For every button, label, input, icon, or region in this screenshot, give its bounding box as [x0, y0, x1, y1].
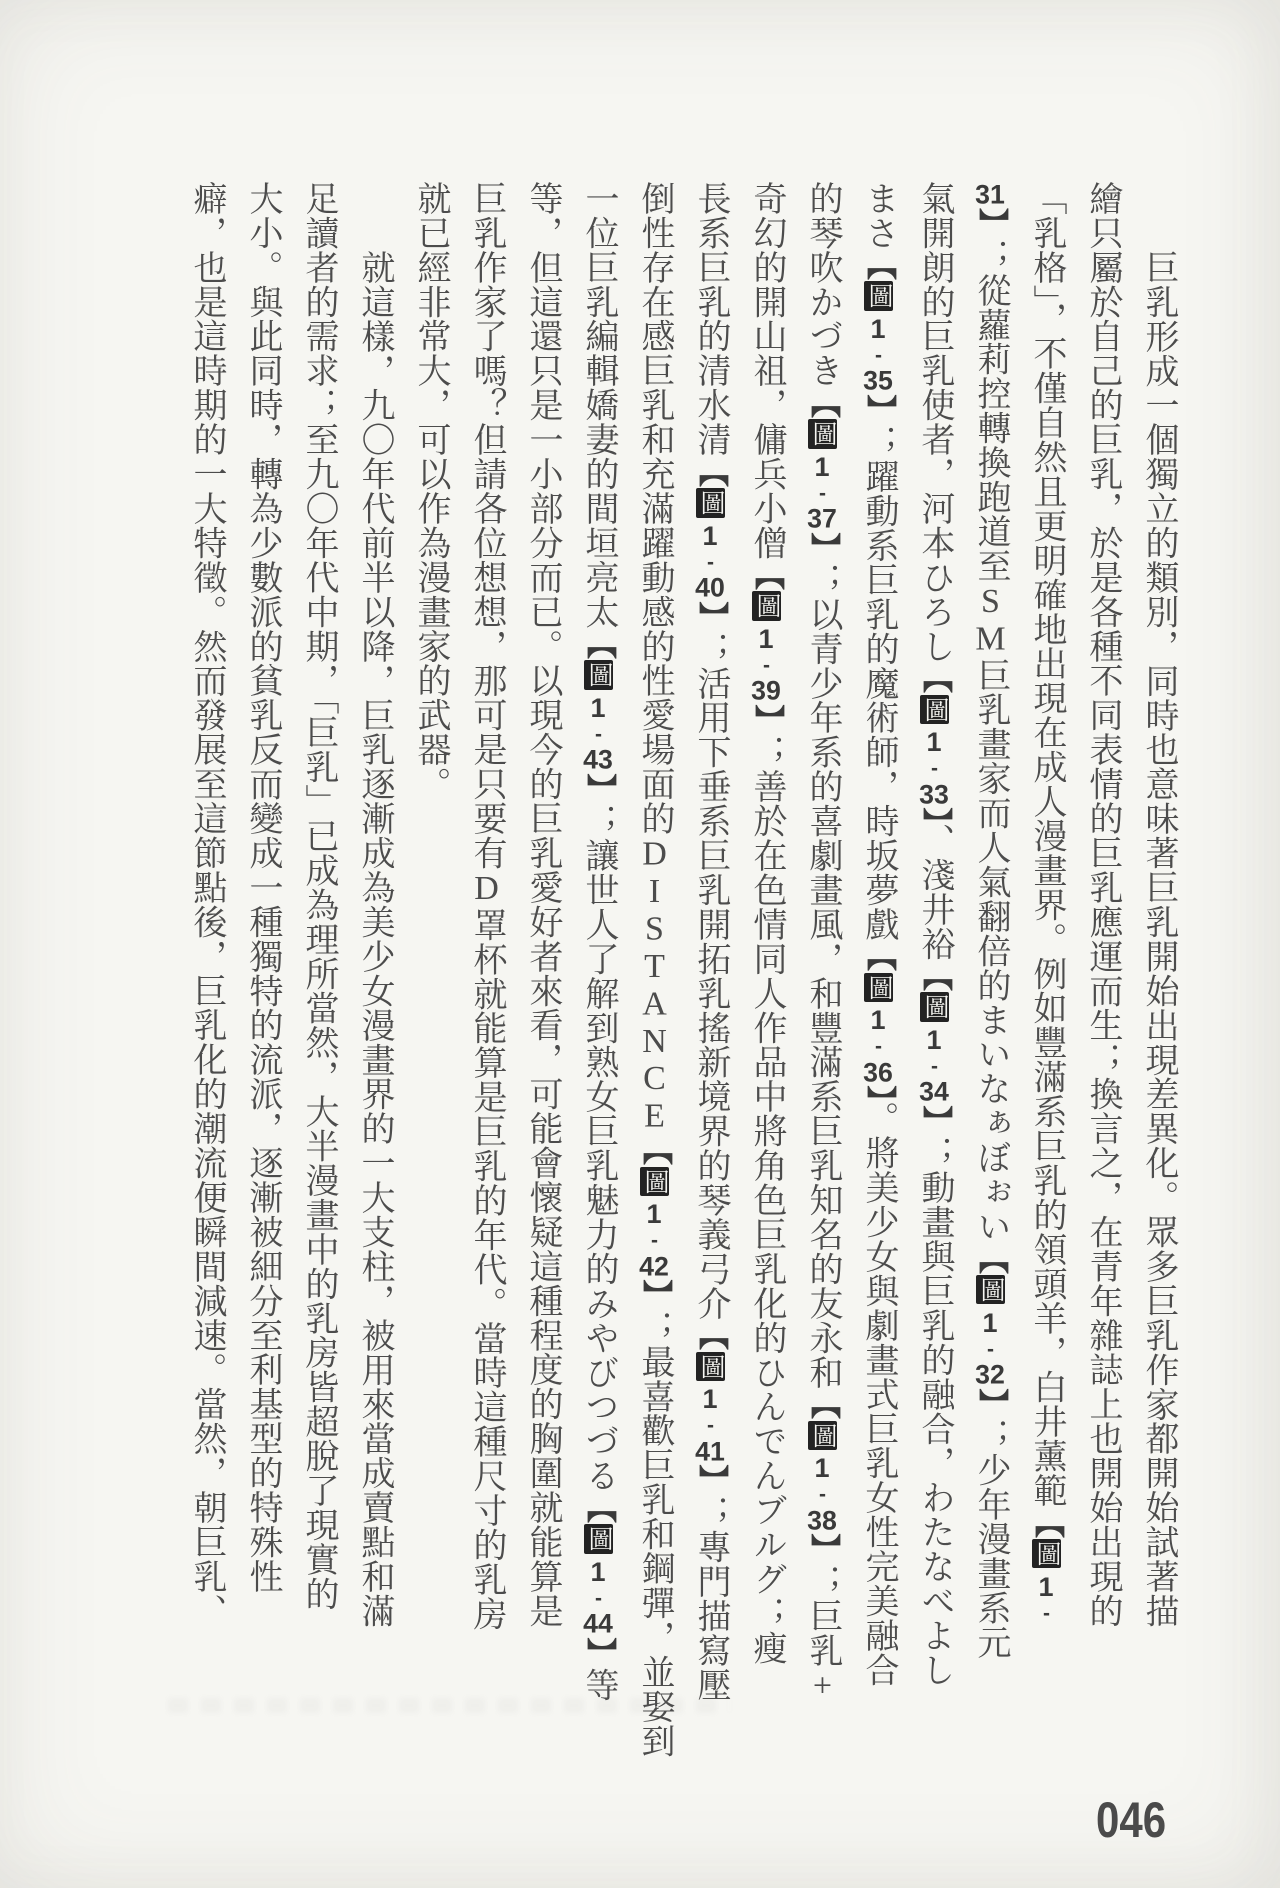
text-run: 足讀者的需求；至九〇年代中期，「巨乳」已成為理所當然，大半漫畫中的乳房皆超脫了現… — [300, 181, 337, 1611]
figure-ref-close-bracket: 】 — [582, 1637, 615, 1667]
figure-box-icon: 圖 — [920, 695, 950, 724]
figure-ref-open-bracket: 【 — [862, 941, 895, 971]
figure-ref-open-bracket: 【 — [862, 250, 895, 280]
figure-ref-chapter-digit: 1 — [639, 1199, 669, 1229]
text-run: ；讓世人了解到熟女巨乳魅力的みやびつづる — [580, 804, 617, 1493]
figure-ref-close-bracket: 】 — [638, 1280, 671, 1310]
figure-ref-chapter-digit: 1 — [583, 693, 613, 723]
text-run: 奇幻的開山祖，傭兵小僧 — [748, 181, 785, 560]
figure-ref-chapter-digit: 1 — [807, 1453, 837, 1483]
figure-ref-number: 43 — [583, 746, 613, 773]
text-column-9: 長系巨乳的清水清【圖1-40】；活用下垂系巨乳開拓乳搖新境界的琴義弓介【圖1-4… — [682, 181, 738, 1637]
text-block: 巨乳形成一個獨立的類別，同時也意味著巨乳開始出現差異化。眾多巨乳作家都開始試著描… — [178, 181, 1186, 1637]
figure-ref-dash: - — [643, 1229, 666, 1252]
figure-ref-open-bracket: 【 — [806, 388, 839, 418]
text-run: ；活用下垂系巨乳開拓乳搖新境界的琴義弓介 — [692, 631, 729, 1320]
figure-box-icon: 圖 — [976, 1275, 1006, 1304]
figure-ref-open-bracket: 【 — [582, 629, 615, 659]
text-run: ；巨乳+ — [804, 1564, 841, 1705]
text-run: 大小。與此同時，轉為少數派的貧乳反而變成一種獨特的流派，逐漸被細分至利基型的特殊… — [244, 181, 281, 1593]
text-column-15: 就這樣，九〇年代前半以降，巨乳逐漸成為美少女漫畫界的一大支柱，被用來當成賣點和滿 — [346, 181, 402, 1637]
figure-reference: 【圖1-41】 — [692, 1320, 729, 1495]
figure-ref-dash: - — [755, 654, 778, 677]
figure-ref-dash: - — [923, 757, 946, 780]
figure-ref-close-bracket: 】 — [582, 773, 615, 803]
page-number: 046 — [1096, 1795, 1166, 1845]
text-run: 倒性存在感巨乳和充滿躍動感的性愛場面的DISTANCE — [636, 181, 673, 1135]
text-column-13: 巨乳作家了嗎？但請各位想想，那可是只要有D罩杯就能算是巨乳的年代。當時這種尺寸的… — [458, 181, 514, 1637]
figure-ref-dash: - — [699, 1414, 722, 1437]
figure-ref-number: 44 — [583, 1610, 613, 1637]
figure-ref-chapter-digit: 1 — [919, 727, 949, 757]
figure-ref-number: 31 — [975, 181, 1005, 208]
figure-box-icon: 圖 — [640, 1167, 670, 1196]
text-run: 氣開朗的巨乳使者，河本ひろし — [916, 181, 953, 663]
figure-ref-dash: - — [867, 344, 890, 367]
figure-ref-chapter-digit: 1 — [863, 1005, 893, 1035]
figure-ref-close-bracket: 】 — [806, 1534, 839, 1564]
text-run: 就已經非常大，可以作為漫畫家的武器。 — [412, 181, 449, 801]
figure-reference: 【圖1-34】 — [916, 961, 953, 1136]
figure-ref-chapter-digit: 1 — [919, 1025, 949, 1055]
figure-ref-close-bracket: 】 — [694, 1465, 727, 1495]
text-run: ；少年漫畫系元 — [972, 1418, 1009, 1659]
figure-box-icon: 圖 — [864, 973, 894, 1002]
text-run: 、淺井裕 — [916, 823, 953, 961]
text-column-1: 巨乳形成一個獨立的類別，同時也意味著巨乳開始出現差異化。眾多巨乳作家都開始試著描 — [1130, 181, 1186, 1637]
text-run: 巨乳作家了嗎？但請各位想想，那可是只要有D罩杯就能算是巨乳的年代。當時這種尺寸的… — [468, 181, 505, 1631]
text-run: 長系巨乳的清水清 — [692, 181, 729, 457]
figure-ref-dash: - — [587, 1587, 610, 1610]
text-run: ；從蘿莉控轉換跑道至SM巨乳畫家而人氣翻倍的まいなぁぼぉい — [972, 238, 1009, 1243]
text-run: ；以青少年系的喜劇畫風，和豐滿系巨乳知名的友永和 — [804, 563, 841, 1390]
figure-reference: 【圖1-44】 — [580, 1493, 617, 1668]
text-run: 。將美少女與劇畫式巨乳女性完美融合 — [860, 1101, 897, 1687]
figure-ref-open-bracket: 【 — [918, 663, 951, 693]
text-run: 癖，也是這時期的一大特徵。然而發展至這節點後，巨乳化的潮流便瞬間減速。當然，朝巨… — [188, 181, 225, 1628]
figure-ref-number: 34 — [919, 1078, 949, 1105]
figure-ref-close-bracket: 】 — [918, 1105, 951, 1135]
figure-reference: 【圖1-32】 — [972, 1244, 1009, 1419]
text-run: 巨乳形成一個獨立的類別，同時也意味著巨乳開始出現差異化。眾多巨乳作家都開始試著描 — [1140, 250, 1177, 1628]
figure-ref-number: 40 — [695, 574, 725, 601]
figure-ref-close-bracket: 】 — [694, 601, 727, 631]
figure-ref-number: 38 — [807, 1507, 837, 1534]
text-run: ；動畫與巨乳的融合，わたなべよし — [916, 1136, 953, 1687]
figure-reference: 【圖1- — [1028, 1508, 1065, 1625]
figure-reference: 【圖1-36】 — [860, 941, 897, 1101]
figure-box-icon: 圖 — [696, 1352, 726, 1381]
text-column-11: 一位巨乳編輯嬌妻的間垣亮太【圖1-43】；讓世人了解到熟女巨乳魅力的みやびつづる… — [570, 181, 626, 1637]
figure-ref-number: 39 — [751, 677, 781, 704]
text-column-10: 倒性存在感巨乳和充滿躍動感的性愛場面的DISTANCE【圖1-42】；最喜歡巨乳… — [626, 181, 682, 1637]
text-column-8: 奇幻的開山祖，傭兵小僧【圖1-39】；善於在色情同人作品中將角色巨乳化的ひんでん… — [738, 181, 794, 1637]
text-column-5: 氣開朗的巨乳使者，河本ひろし【圖1-33】、淺井裕【圖1-34】；動畫與巨乳的融… — [906, 181, 962, 1637]
text-column-14: 就已經非常大，可以作為漫畫家的武器。 — [402, 181, 458, 1637]
figure-box-icon: 圖 — [696, 488, 726, 517]
figure-ref-chapter-digit: 1 — [807, 452, 837, 482]
figure-box-icon: 圖 — [808, 419, 838, 448]
figure-ref-chapter-digit: 1 — [975, 1307, 1005, 1337]
figure-box-icon: 圖 — [864, 281, 894, 310]
figure-ref-dash: - — [867, 1035, 890, 1058]
figure-ref-dash: - — [587, 723, 610, 746]
figure-ref-chapter-digit: 1 — [695, 1384, 725, 1414]
figure-ref-dash: - — [979, 1337, 1002, 1360]
figure-ref-close-bracket: 】 — [974, 1388, 1007, 1418]
book-page: 巨乳形成一個獨立的類別，同時也意味著巨乳開始出現差異化。眾多巨乳作家都開始試著描… — [0, 0, 1280, 1888]
figure-ref-open-bracket: 【 — [918, 961, 951, 991]
text-run: ；躍動系巨乳的魔術師，時坂夢戲 — [860, 425, 897, 942]
text-column-3: 「乳格」，不僅自然且更明確地出現在成人漫畫界。例如豐滿系巨乳的領頭羊，白井薰範【… — [1018, 181, 1074, 1637]
text-run: 一位巨乳編輯嬌妻的間垣亮太 — [580, 181, 617, 629]
figure-reference: 【圖1-35】 — [860, 250, 897, 425]
figure-ref-open-bracket: 【 — [694, 457, 727, 487]
text-run: 等，但這還只是一小部分而已。以現今的巨乳愛好者來看，可能會懷疑這種程度的胸圍就能… — [524, 181, 561, 1628]
text-column-18: 癖，也是這時期的一大特徵。然而發展至這節點後，巨乳化的潮流便瞬間減速。當然，朝巨… — [178, 181, 234, 1637]
figure-box-icon: 圖 — [920, 992, 950, 1021]
text-run: ；善於在色情同人作品中將角色巨乳化的ひんでんブルグ；瘦 — [748, 735, 785, 1665]
text-column-7: 的琴吹かづき【圖1-37】；以青少年系的喜劇畫風，和豐滿系巨乳知名的友永和【圖1… — [794, 181, 850, 1637]
figure-box-icon: 圖 — [752, 591, 782, 620]
text-column-12: 等，但這還只是一小部分而已。以現今的巨乳愛好者來看，可能會懷疑這種程度的胸圍就能… — [514, 181, 570, 1637]
figure-box-icon: 圖 — [1032, 1539, 1062, 1568]
figure-ref-chapter-digit: 1 — [695, 521, 725, 551]
figure-ref-dash: - — [923, 1055, 946, 1078]
figure-ref-open-bracket: 【 — [974, 1244, 1007, 1274]
figure-box-icon: 圖 — [808, 1421, 838, 1450]
text-run: ；最喜歡巨乳和鋼彈，並娶到 — [636, 1310, 673, 1758]
figure-reference: 【圖1-43】 — [580, 629, 617, 804]
figure-reference: 【圖1-37】 — [804, 388, 841, 563]
figure-ref-dash: - — [811, 1483, 834, 1506]
figure-box-icon: 圖 — [584, 660, 614, 689]
figure-ref-close-bracket: 】 — [974, 208, 1007, 238]
figure-ref-open-bracket: 【 — [694, 1320, 727, 1350]
text-run: 繪只屬於自己的巨乳，於是各種不同表情的巨乳應運而生；換言之，在青年雜誌上也開始出… — [1084, 181, 1121, 1628]
figure-ref-number: 42 — [639, 1253, 669, 1280]
figure-ref-number: 41 — [695, 1438, 725, 1465]
text-run: 等 — [580, 1667, 617, 1701]
text-run: 就這樣，九〇年代前半以降，巨乳逐漸成為美少女漫畫界的一大支柱，被用來當成賣點和滿 — [356, 250, 393, 1628]
text-column-6: まさ【圖1-35】；躍動系巨乳的魔術師，時坂夢戲【圖1-36】。將美少女與劇畫式… — [850, 181, 906, 1637]
figure-ref-close-bracket: 】 — [806, 532, 839, 562]
figure-ref-close-bracket: 】 — [862, 1086, 895, 1101]
text-run: 的琴吹かづき — [804, 181, 841, 388]
figure-ref-number: 37 — [807, 505, 837, 532]
figure-ref-dash: - — [811, 482, 834, 505]
figure-ref-dash: - — [1035, 1601, 1058, 1624]
figure-ref-chapter-digit: 1 — [751, 624, 781, 654]
figure-reference: 【圖1-40】 — [692, 457, 729, 632]
figure-ref-open-bracket: 【 — [750, 560, 783, 590]
text-run: ；專門描寫壓 — [692, 1495, 729, 1702]
figure-ref-open-bracket: 【 — [806, 1389, 839, 1419]
figure-ref-dash: - — [699, 551, 722, 574]
figure-ref-chapter-digit: 1 — [863, 314, 893, 344]
figure-ref-open-bracket: 【 — [582, 1493, 615, 1523]
text-run: 「乳格」，不僅自然且更明確地出現在成人漫畫界。例如豐滿系巨乳的領頭羊，白井薰範 — [1028, 181, 1065, 1508]
figure-ref-close-bracket: 】 — [918, 808, 951, 823]
figure-ref-chapter-digit: 1 — [583, 1557, 613, 1587]
text-column-16: 足讀者的需求；至九〇年代中期，「巨乳」已成為理所當然，大半漫畫中的乳房皆超脫了現… — [290, 181, 346, 1637]
figure-ref-number: 33 — [919, 781, 949, 808]
figure-ref-number: 32 — [975, 1361, 1005, 1388]
figure-ref-open-bracket: 【 — [1030, 1508, 1063, 1538]
text-run: まさ — [860, 181, 897, 250]
figure-reference: 【圖1-39】 — [748, 560, 785, 735]
figure-ref-close-bracket: 】 — [750, 704, 783, 734]
text-column-2: 繪只屬於自己的巨乳，於是各種不同表情的巨乳應運而生；換言之，在青年雜誌上也開始出… — [1074, 181, 1130, 1637]
figure-reference: 【圖1-38】 — [804, 1389, 841, 1564]
figure-reference: 【圖1-42】 — [636, 1135, 673, 1310]
figure-ref-number: 35 — [863, 367, 893, 394]
figure-reference: 31】 — [972, 181, 1009, 238]
figure-reference: 【圖1-33】 — [916, 663, 953, 823]
figure-box-icon: 圖 — [584, 1524, 614, 1553]
figure-ref-chapter-digit: 1 — [1031, 1571, 1061, 1601]
figure-ref-number: 36 — [863, 1059, 893, 1086]
figure-ref-close-bracket: 】 — [862, 394, 895, 424]
figure-ref-open-bracket: 【 — [638, 1135, 671, 1165]
text-column-17: 大小。與此同時，轉為少數派的貧乳反而變成一種獨特的流派，逐漸被細分至利基型的特殊… — [234, 181, 290, 1637]
text-column-4: 31】；從蘿莉控轉換跑道至SM巨乳畫家而人氣翻倍的まいなぁぼぉい【圖1-32】；… — [962, 181, 1018, 1637]
